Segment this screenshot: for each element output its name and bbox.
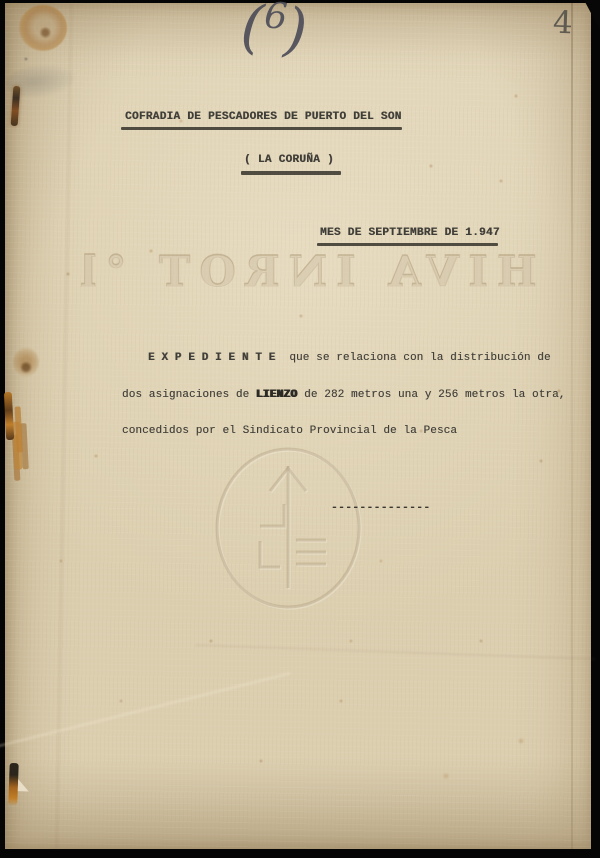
emphasis-lienzo: LIENZO: [256, 389, 297, 401]
gray-smudge: [4, 61, 77, 100]
expediente-heading: E X P E D I E N T E: [148, 352, 275, 364]
location-underline: [241, 171, 341, 175]
vertical-crease: [56, 3, 73, 849]
rust-staple-mark-bottom: [8, 763, 18, 805]
folio-paren-open: (: [239, 0, 266, 61]
handwritten-folio-annotation: (6): [239, 0, 309, 61]
paper-sheet: HIVA INROT °l (6) 4 COFRADIA DE PESCADOR…: [5, 3, 591, 849]
scanned-document: { "document": { "annotations": { "folio_…: [0, 0, 600, 858]
diagonal-crease: [0, 672, 290, 751]
scan-corner-shadow: [584, 0, 600, 30]
brown-stain-middle: [13, 347, 39, 377]
separator-dashes: --------------: [331, 502, 430, 515]
handwritten-page-number: 4: [552, 5, 573, 42]
paragraph-line-2-lead: dos asignaciones de: [122, 389, 256, 401]
location-line: ( LA CORUÑA ): [244, 154, 334, 167]
rust-staple-mark-middle: [4, 392, 15, 440]
paragraph-line-1-text: que se relaciona con la distribución de: [289, 352, 550, 364]
date-underline: [317, 243, 498, 246]
horizontal-crease: [195, 644, 595, 660]
paragraph-line-3: concedidos por el Sindicato Provincial d…: [122, 425, 457, 438]
paragraph-line-2: dos asignaciones de LIENZO de 282 metros…: [122, 389, 566, 402]
folio-digit: 6: [263, 0, 287, 38]
paper-watermark-text: HIVA INROT °l: [69, 247, 539, 297]
rust-staple-mark-top: [11, 86, 21, 126]
document-title: COFRADIA DE PESCADORES DE PUERTO DEL SON: [125, 111, 402, 124]
embossed-seal: [210, 444, 366, 612]
coffee-ring-stain: [19, 5, 67, 51]
title-underline: [121, 127, 402, 130]
paragraph-line-2-tail: de 282 metros una y 256 metros la otra,: [297, 389, 565, 401]
foxing-spots: [5, 3, 7, 5]
page-edge-seam: [571, 3, 573, 849]
date-line: MES DE SEPTIEMBRE DE 1.947: [320, 227, 500, 240]
paragraph-line-1: E X P E D I E N T Eque se relaciona con …: [148, 352, 551, 365]
folio-paren-close: ): [282, 0, 309, 64]
